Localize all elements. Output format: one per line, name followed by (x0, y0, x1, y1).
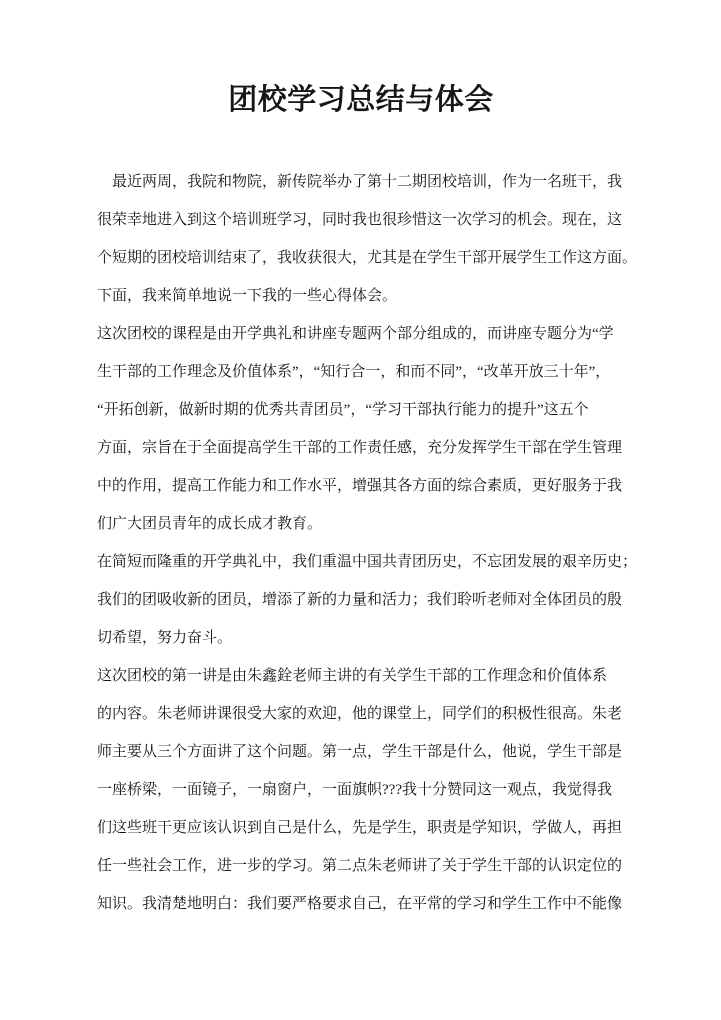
text-line: 切希望，努力奋斗。 (97, 619, 625, 657)
text-line: 我们的团吸收新的团员，增添了新的力量和活力；我们聆听老师对全体团员的殷 (97, 581, 625, 619)
text-line: 一座桥梁，一面镜子，一扇窗户，一面旗帜???我十分赞同这一观点，我觉得我 (97, 771, 625, 809)
text-line: 很荣幸地进入到这个培训班学习，同时我也很珍惜这一次学习的机会。现在，这 (97, 201, 625, 239)
paragraph: 最近两周，我院和物院，新传院举办了第十二期团校培训，作为一名班干，我很荣幸地进入… (97, 163, 625, 315)
paragraph: 这次团校的第一讲是由朱鑫銓老师主讲的有关学生干部的工作理念和价值体系的内容。朱老… (97, 657, 625, 923)
text-line: 师主要从三个方面讲了这个问题。第一点，学生干部是什么，他说，学生干部是 (97, 733, 625, 771)
text-line: 这次团校的第一讲是由朱鑫銓老师主讲的有关学生干部的工作理念和价值体系 (97, 657, 625, 695)
text-line: 们广大团员青年的成长成才教育。 (97, 505, 625, 543)
text-line: “开拓创新，做新时期的优秀共青团员”，“学习干部执行能力的提升”这五个 (97, 391, 625, 429)
document-body: 最近两周，我院和物院，新传院举办了第十二期团校培训，作为一名班干，我很荣幸地进入… (97, 163, 625, 923)
paragraph: 在简短而隆重的开学典礼中，我们重温中国共青团历史，不忘团发展的艰辛历史；我们的团… (97, 543, 625, 657)
text-line: 最近两周，我院和物院，新传院举办了第十二期团校培训，作为一名班干，我 (97, 163, 625, 201)
paragraph: 这次团校的课程是由开学典礼和讲座专题两个部分组成的，而讲座专题分为“学生干部的工… (97, 315, 625, 543)
text-line: 下面，我来简单地说一下我的一些心得体会。 (97, 277, 625, 315)
text-line: 任一些社会工作，进一步的学习。第二点朱老师讲了关于学生干部的认识定位的 (97, 847, 625, 885)
text-line: 知识。我清楚地明白：我们要严格要求自己，在平常的学习和学生工作中不能像 (97, 885, 625, 923)
text-line: 这次团校的课程是由开学典礼和讲座专题两个部分组成的，而讲座专题分为“学 (97, 315, 625, 353)
text-line: 方面，宗旨在于全面提高学生干部的工作责任感，充分发挥学生干部在学生管理 (97, 429, 625, 467)
text-line: 在简短而隆重的开学典礼中，我们重温中国共青团历史，不忘团发展的艰辛历史； (97, 543, 625, 581)
text-line: 中的作用，提高工作能力和工作水平，增强其各方面的综合素质，更好服务于我 (97, 467, 625, 505)
document-title: 团校学习总结与体会 (97, 82, 625, 118)
text-line: 个短期的团校培训结束了，我收获很大，尤其是在学生干部开展学生工作这方面。 (97, 239, 625, 277)
text-line: 的内容。朱老师讲课很受大家的欢迎，他的课堂上，同学们的积极性很高。朱老 (97, 695, 625, 733)
document-page: 团校学习总结与体会 最近两周，我院和物院，新传院举办了第十二期团校培训，作为一名… (0, 0, 721, 1020)
text-line: 们这些班干更应该认识到自己是什么，先是学生，职责是学知识，学做人，再担 (97, 809, 625, 847)
text-line: 生干部的工作理念及价值体系”，“知行合一，和而不同”，“改革开放三十年”， (97, 353, 625, 391)
